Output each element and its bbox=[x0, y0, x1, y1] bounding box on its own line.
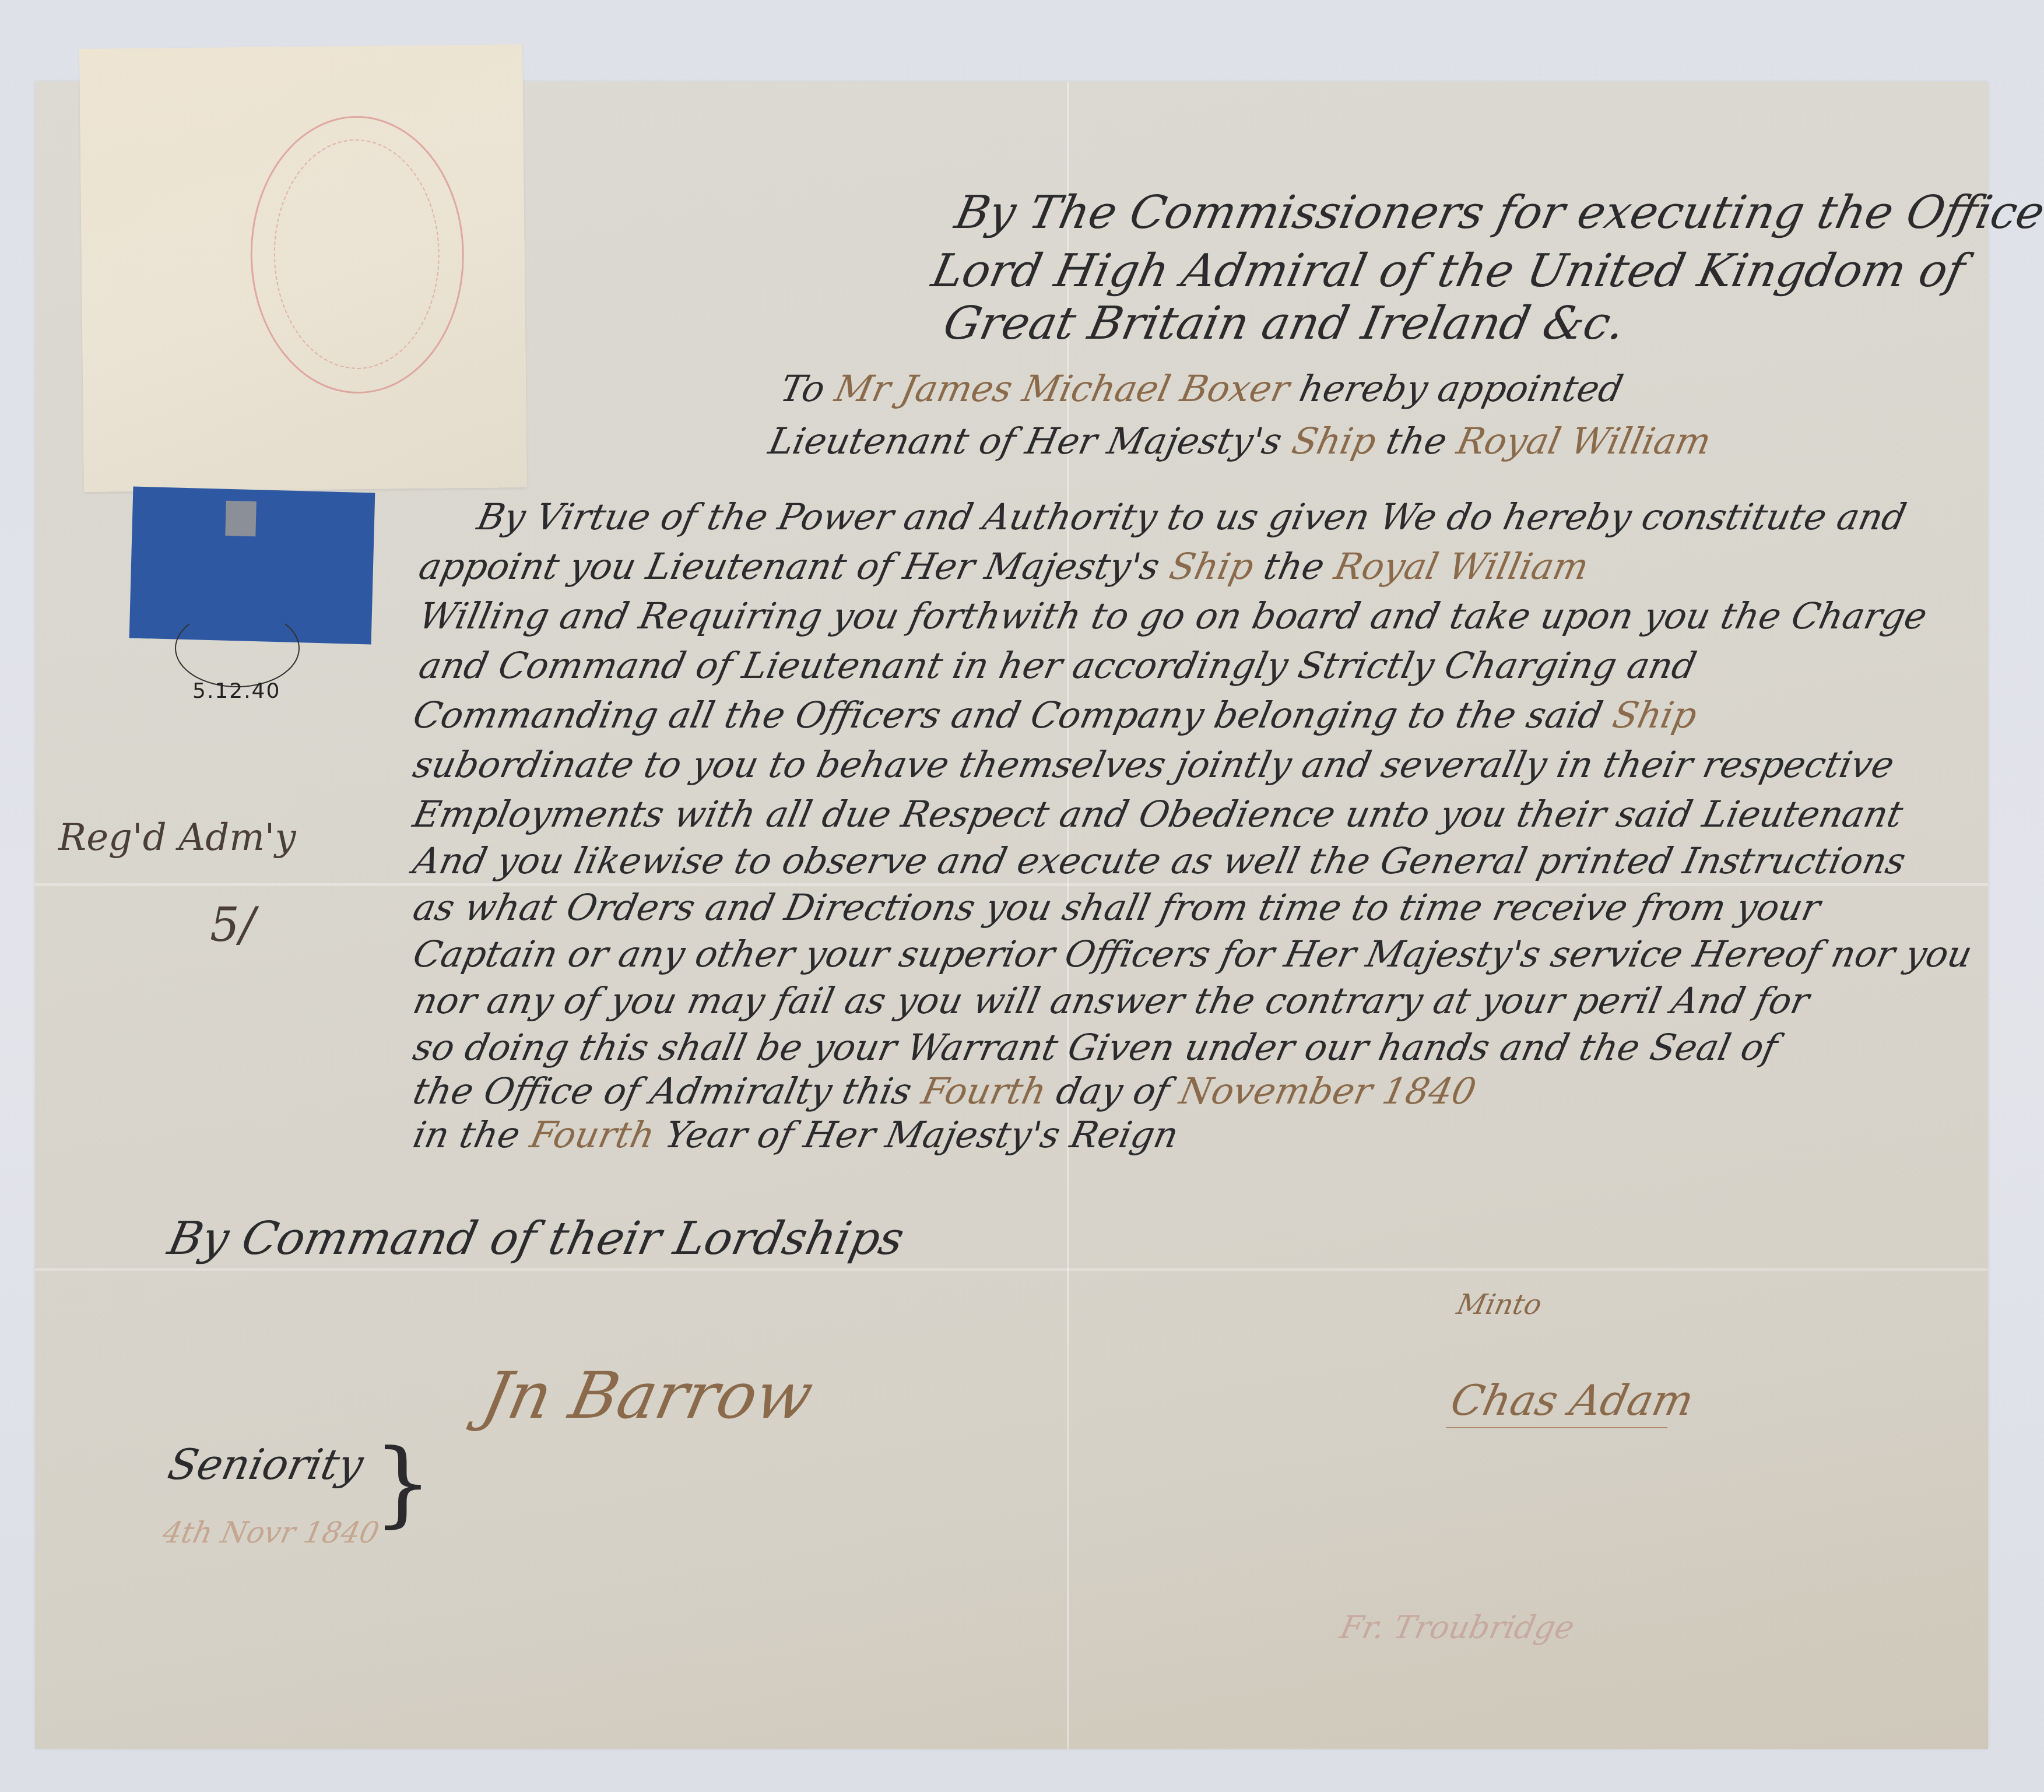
faint-signature: Fr. Troubridge bbox=[1337, 1609, 1578, 1646]
body-text: appoint you Lieutenant of Her Majesty's bbox=[415, 545, 1163, 588]
postmark-date: 5.12.40 bbox=[192, 679, 280, 703]
handwritten-day: Fourth bbox=[918, 1070, 1051, 1112]
body-text: in the bbox=[409, 1113, 524, 1156]
margin-fee-note: 5/ bbox=[210, 898, 255, 952]
year: 1840 bbox=[1379, 1070, 1480, 1112]
handwritten-ship-name: Royal William bbox=[1331, 545, 1593, 588]
address-appointed: hereby appointed bbox=[1296, 367, 1627, 410]
seniority-label: Seniority bbox=[164, 1440, 368, 1489]
body-line-4: and Command of Lieutenant in her accordi… bbox=[415, 644, 1700, 687]
seal-paper-overlay bbox=[79, 44, 527, 492]
signature-underline bbox=[1446, 1427, 1667, 1428]
address-the: the bbox=[1382, 420, 1451, 462]
handwritten-month: November bbox=[1176, 1070, 1376, 1112]
body-line-10: Captain or any other your superior Offic… bbox=[409, 933, 1976, 975]
commissioner-signature: Chas Adam bbox=[1446, 1376, 1698, 1425]
margin-registered-note: Reg'd Adm'y bbox=[58, 816, 296, 859]
postmark-stamp-icon bbox=[175, 609, 300, 687]
body-line-11: nor any of you may fail as you will answ… bbox=[409, 979, 1813, 1022]
address-line-2: Lieutenant of Her Majesty's Ship the Roy… bbox=[765, 420, 1715, 462]
address-to: To bbox=[777, 367, 828, 410]
seniority-bracket: } bbox=[373, 1428, 433, 1537]
body-text: Commanding all the Officers and Company … bbox=[409, 694, 1606, 736]
body-line-5: Commanding all the Officers and Company … bbox=[409, 694, 1701, 736]
header-line-1: By The Commissioners for executing the O… bbox=[950, 187, 2044, 239]
handwritten-ship: Ship bbox=[1609, 694, 1701, 736]
header-line-3: Great Britain and Ireland &c. bbox=[939, 297, 1629, 350]
handwritten-ship: Ship bbox=[1166, 545, 1258, 588]
address-rank: Lieutenant of Her Majesty's bbox=[765, 420, 1286, 462]
address-line-1: To Mr James Michael Boxer hereby appoint… bbox=[777, 367, 1627, 410]
address-ship-type: Ship bbox=[1288, 420, 1380, 462]
body-line-12: so doing this shall be your Warrant Give… bbox=[409, 1026, 1781, 1069]
header-line-2: Lord High Admiral of the United Kingdom … bbox=[927, 245, 1969, 297]
body-line-8: And you likewise to observe and execute … bbox=[409, 839, 1909, 882]
body-line-3: Willing and Requiring you forthwith to g… bbox=[415, 595, 1931, 637]
lower-fold-crease bbox=[35, 1268, 1988, 1271]
body-line-6: subordinate to you to behave themselves … bbox=[409, 743, 1898, 786]
body-line-2: appoint you Lieutenant of Her Majesty's … bbox=[415, 545, 1592, 588]
secretary-signature: Jn Barrow bbox=[476, 1358, 819, 1433]
wafer-metal-tab bbox=[225, 501, 257, 536]
address-ship-name: Royal William bbox=[1453, 420, 1715, 462]
body-text: day of bbox=[1053, 1070, 1174, 1112]
closing-line: By Command of their Lordships bbox=[163, 1213, 908, 1265]
body-text: Year of Her Majesty's Reign bbox=[661, 1113, 1182, 1156]
body-line-7: Employments with all due Respect and Obe… bbox=[409, 793, 1906, 835]
seniority-date: 4th Novr 1840 bbox=[160, 1516, 382, 1549]
body-text: the Office of Admiralty this bbox=[409, 1070, 915, 1112]
body-line-13: the Office of Admiralty this Fourth day … bbox=[409, 1070, 1480, 1112]
body-line-1: By Virtue of the Power and Authority to … bbox=[473, 496, 1910, 538]
body-line-9: as what Orders and Directions you shall … bbox=[409, 886, 1824, 929]
recipient-name: Mr James Michael Boxer bbox=[831, 367, 1294, 410]
handwritten-regnal-year: Fourth bbox=[526, 1113, 659, 1156]
commissioner-note: Minto bbox=[1454, 1288, 1545, 1321]
body-line-14: in the Fourth Year of Her Majesty's Reig… bbox=[409, 1113, 1182, 1156]
body-text: the bbox=[1260, 545, 1328, 588]
